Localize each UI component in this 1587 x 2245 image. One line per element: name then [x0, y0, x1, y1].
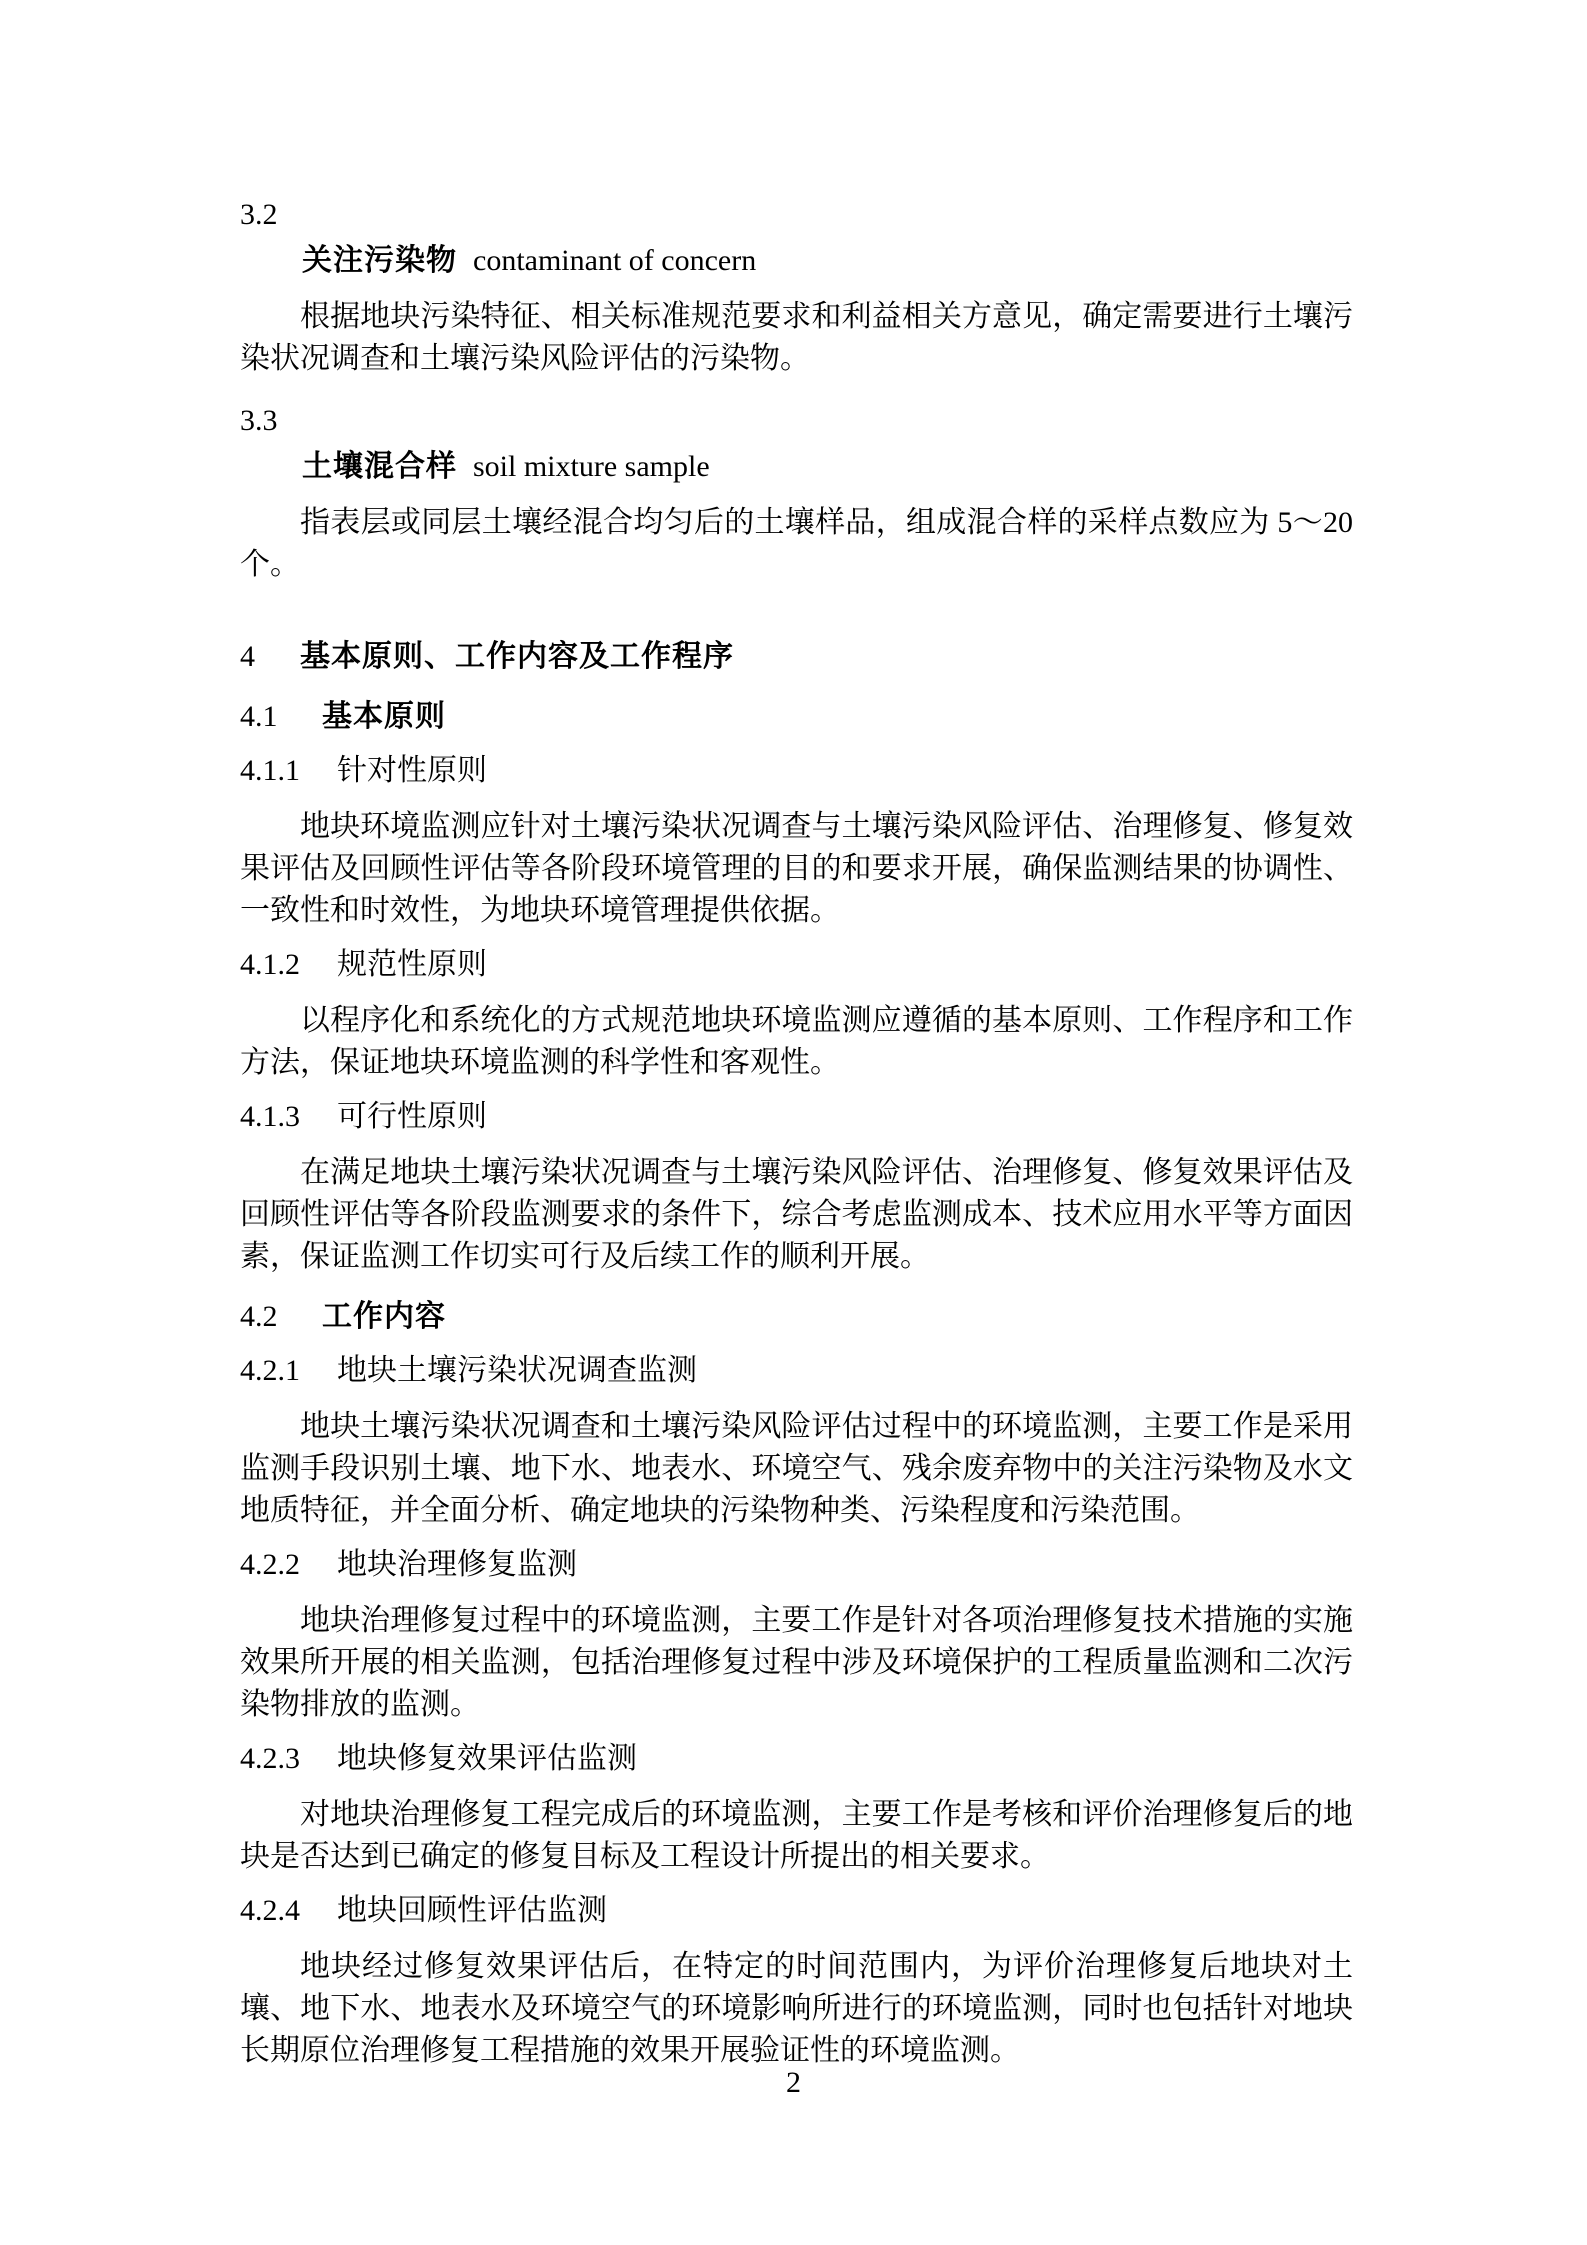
subsection-heading-4-1-1: 4.1.1针对性原则: [240, 750, 1353, 792]
paragraph-3-3: 指表层或同层土壤经混合均匀后的土壤样品，组成混合样的采样点数应为 5～20 个。: [240, 502, 1353, 586]
subsection-number-4-2-3: 4.2.3: [240, 1738, 337, 1780]
subsection-heading-4-1-3: 4.1.3可行性原则: [240, 1096, 1353, 1138]
term-line-3-3: 土壤混合样soil mixture sample: [240, 446, 1353, 488]
document-content: 3.2 关注污染物contaminant of concern 根据地块污染特征…: [240, 194, 1353, 2072]
document-page: 3.2 关注污染物contaminant of concern 根据地块污染特征…: [0, 0, 1587, 2245]
paragraph-4-2-2: 地块治理修复过程中的环境监测，主要工作是针对各项治理修复技术措施的实施效果所开展…: [240, 1600, 1353, 1726]
paragraph-4-1-1: 地块环境监测应针对土壤污染状况调查与土壤污染风险评估、治理修复、修复效果评估及回…: [240, 806, 1353, 932]
subsection-title-4-1-2: 规范性原则: [337, 948, 487, 981]
subsection-title-4-2-1: 地块土壤污染状况调查监测: [337, 1354, 697, 1387]
subsection-number-4-1-2: 4.1.2: [240, 944, 337, 986]
term-line-3-2: 关注污染物contaminant of concern: [240, 240, 1353, 282]
subsection-title-4-1-1: 针对性原则: [337, 754, 487, 787]
subsection-title-4-2-2: 地块治理修复监测: [337, 1548, 577, 1581]
subsection-heading-4-2-2: 4.2.2地块治理修复监测: [240, 1544, 1353, 1586]
section-title-4-1: 基本原则: [322, 700, 446, 733]
chapter-number: 4: [240, 636, 300, 678]
subsection-number-4-2-4: 4.2.4: [240, 1890, 337, 1932]
paragraph-4-2-4: 地块经过修复效果评估后，在特定的时间范围内，为评价治理修复后地块对土壤、地下水、…: [240, 1946, 1353, 2072]
chapter-heading-4: 4基本原则、工作内容及工作程序: [240, 636, 1353, 678]
section-number-4-2: 4.2: [240, 1296, 322, 1338]
paragraph-4-1-2: 以程序化和系统化的方式规范地块环境监测应遵循的基本原则、工作程序和工作方法，保证…: [240, 1000, 1353, 1084]
paragraph-4-1-3: 在满足地块土壤污染状况调查与土壤污染风险评估、治理修复、修复效果评估及回顾性评估…: [240, 1152, 1353, 1278]
section-title-4-2: 工作内容: [322, 1300, 446, 1333]
paragraph-4-2-3: 对地块治理修复工程完成后的环境监测，主要工作是考核和评价治理修复后的地块是否达到…: [240, 1794, 1353, 1878]
subsection-title-4-2-3: 地块修复效果评估监测: [337, 1742, 637, 1775]
subsection-number-4-2-1: 4.2.1: [240, 1350, 337, 1392]
subsection-number-4-1-3: 4.1.3: [240, 1096, 337, 1138]
subsection-title-4-2-4: 地块回顾性评估监测: [337, 1894, 607, 1927]
subsection-number-4-1-1: 4.1.1: [240, 750, 337, 792]
subsection-heading-4-1-2: 4.1.2规范性原则: [240, 944, 1353, 986]
section-heading-4-2: 4.2工作内容: [240, 1296, 1353, 1338]
term-zh-3-3: 土壤混合样: [302, 450, 457, 483]
subsection-heading-4-2-4: 4.2.4地块回顾性评估监测: [240, 1890, 1353, 1932]
paragraph-3-2: 根据地块污染特征、相关标准规范要求和利益相关方意见，确定需要进行土壤污染状况调查…: [240, 296, 1353, 380]
page-number: 2: [0, 2062, 1587, 2104]
paragraph-4-2-1: 地块土壤污染状况调查和土壤污染风险评估过程中的环境监测，主要工作是采用监测手段识…: [240, 1406, 1353, 1532]
clause-number-3-2: 3.2: [240, 194, 1353, 236]
subsection-heading-4-2-3: 4.2.3地块修复效果评估监测: [240, 1738, 1353, 1780]
term-en-3-2: contaminant of concern: [473, 244, 756, 277]
term-zh-3-2: 关注污染物: [302, 244, 457, 277]
subsection-number-4-2-2: 4.2.2: [240, 1544, 337, 1586]
section-number-4-1: 4.1: [240, 696, 322, 738]
chapter-title: 基本原则、工作内容及工作程序: [300, 640, 734, 673]
subsection-title-4-1-3: 可行性原则: [337, 1100, 487, 1133]
subsection-heading-4-2-1: 4.2.1地块土壤污染状况调查监测: [240, 1350, 1353, 1392]
clause-number-3-3: 3.3: [240, 400, 1353, 442]
term-en-3-3: soil mixture sample: [473, 450, 710, 483]
section-heading-4-1: 4.1基本原则: [240, 696, 1353, 738]
